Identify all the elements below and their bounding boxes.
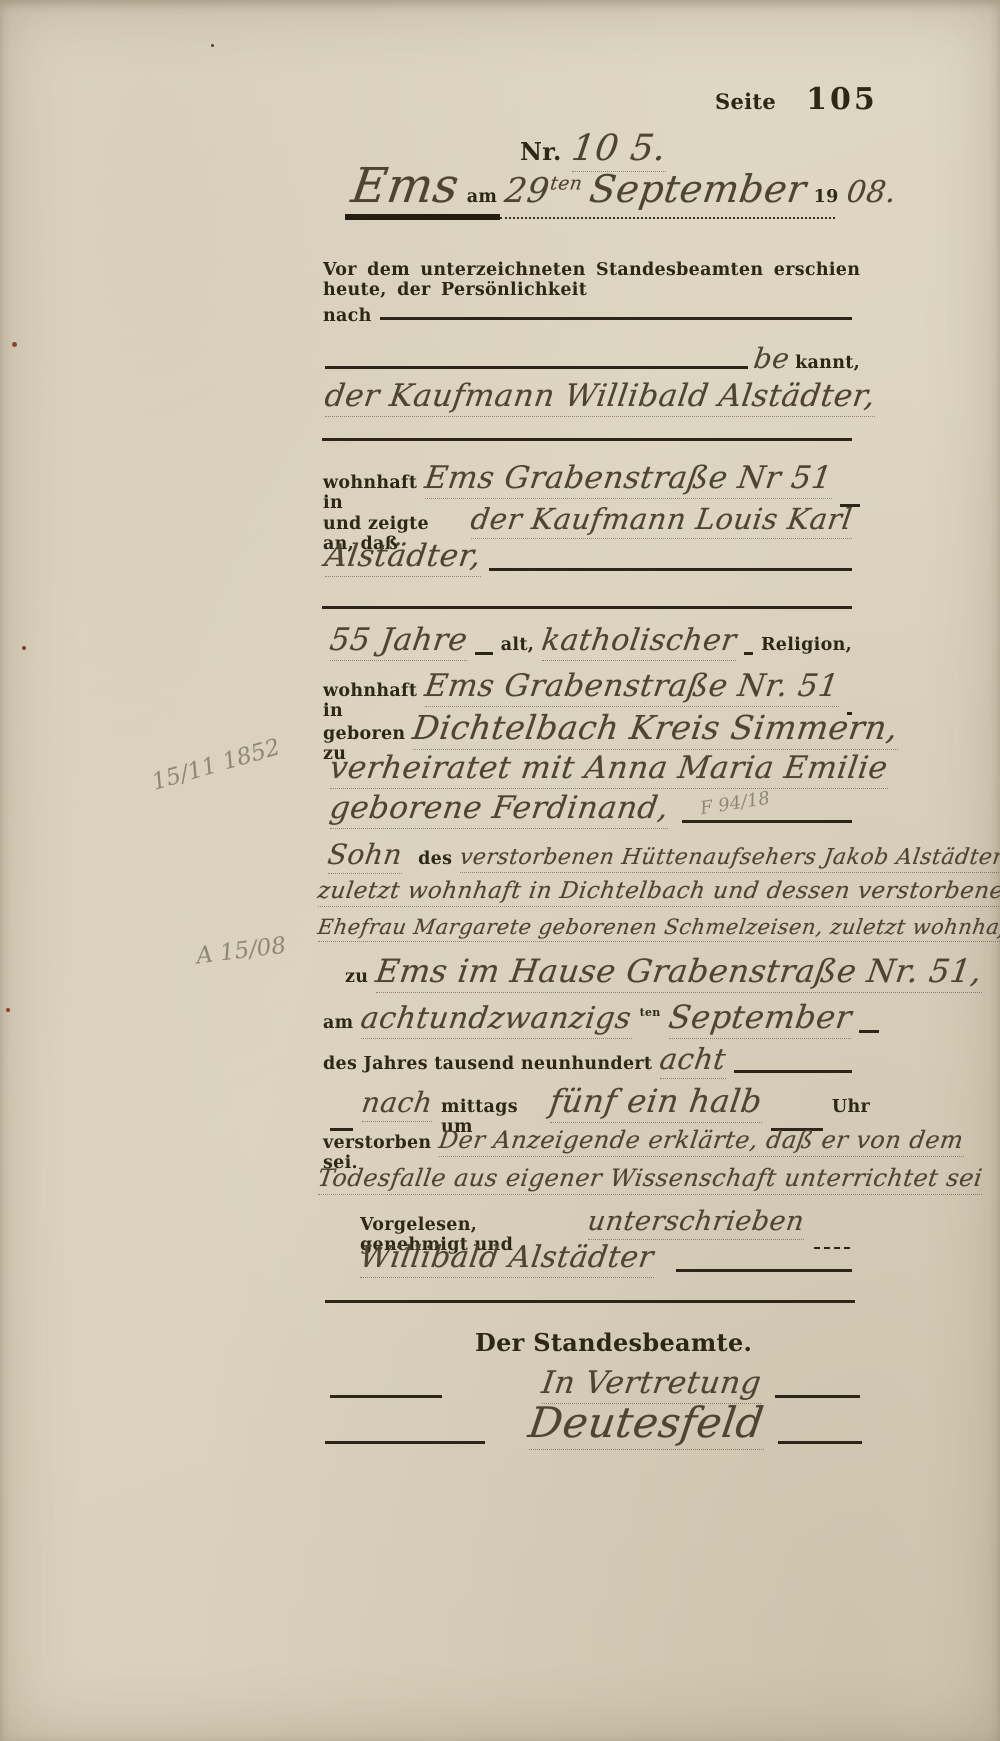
parents-text-3: Ehefrau Margarete geborenen Schmelzeisen…	[318, 915, 1000, 942]
deceased-name-2: Alstädter,	[325, 538, 481, 577]
separator-rule	[322, 438, 852, 441]
declaration-line2: Todesfalle aus eigener Wissenschaft unte…	[318, 1164, 880, 1195]
filled-rule	[682, 820, 852, 823]
paper-speck	[6, 1008, 10, 1012]
birthplace-value: Dichtelbach Kreis Simmern,	[413, 708, 898, 750]
parents-line3: Ehefrau Margarete geborenen Schmelzeisen…	[318, 915, 886, 942]
registrar-signature: Deutesfeld	[529, 1398, 764, 1450]
death-month: September	[669, 998, 852, 1039]
page-number: 105	[806, 82, 878, 117]
nach-line: nach	[323, 306, 852, 326]
parents-line1: Sohn des verstorbenen Hüttenaufsehers Ja…	[328, 838, 876, 874]
bekannt-hand: be	[754, 342, 790, 375]
declaration-1: Der Anzeigende erklärte, daß er von dem	[439, 1126, 963, 1157]
filled-rule	[489, 568, 852, 571]
filled-rule	[778, 1441, 862, 1444]
deceased-name-line2: Alstädter,	[325, 538, 852, 577]
registrar-signature-line: Deutesfeld	[325, 1398, 862, 1450]
declaration-2: Todesfalle aus eigener Wissenschaft unte…	[318, 1164, 982, 1195]
intro-line: Vor dem unterzeichneten Standesbeamten e…	[323, 260, 868, 300]
declarant-name: der Kaufmann Willibald Alstädter,	[325, 378, 875, 417]
death-year-line: des Jahres tausend neunhundert acht	[323, 1042, 852, 1079]
zu-label: zu	[345, 967, 368, 987]
deceased-residence: Ems Grabenstraße Nr. 51	[425, 668, 839, 707]
year-handwritten: 08.	[847, 175, 896, 210]
paper-speck	[22, 646, 26, 650]
unterschrieben-value: unterschrieben	[588, 1206, 804, 1240]
seite-label: Seite	[715, 89, 776, 114]
uhr-label: Uhr	[832, 1097, 870, 1117]
spouse-name-1: verheiratet mit Anna Maria Emilie	[330, 750, 888, 789]
year-printed: 19	[814, 187, 839, 207]
time-prefix: nach	[362, 1086, 432, 1122]
date-underline-thick	[345, 214, 500, 220]
declarant-signature: Willibald Alstädter	[360, 1240, 654, 1278]
parents-text-2: zuletzt wohnhaft in Dichtelbach und dess…	[318, 878, 1000, 907]
parents-line2: zuletzt wohnhaft in Dichtelbach und dess…	[318, 878, 878, 907]
declarant-line: der Kaufmann Willibald Alstädter,	[325, 378, 855, 417]
filled-rule	[325, 366, 748, 369]
death-day-suffix: ten	[640, 1006, 661, 1019]
death-place-value: Ems im Hause Grabenstraße Nr. 51,	[376, 952, 982, 993]
bekannt-print: kannt,	[795, 353, 860, 373]
filled-rule	[475, 652, 492, 655]
deceased-name-1: der Kaufmann Louis Karl	[471, 502, 852, 539]
declarant-residence: Ems Grabenstraße Nr 51	[425, 460, 832, 499]
nach-label: nach	[323, 306, 372, 326]
death-place-line: zu Ems im Hause Grabenstraße Nr. 51,	[345, 952, 852, 993]
spouse-line1: verheiratet mit Anna Maria Emilie	[330, 750, 870, 789]
des-label: des	[418, 849, 452, 869]
death-date-line: am achtundzwanzigs ten September	[323, 998, 852, 1039]
am2-label: am	[323, 1013, 353, 1033]
place-name: Ems	[352, 158, 459, 214]
closing-rule	[325, 1300, 855, 1303]
year-line-label: des Jahres tausend neunhundert	[323, 1054, 652, 1074]
spouse-name-2: geborene Ferdinand,	[330, 790, 668, 829]
declarant-signature-line: Willibald Alstädter	[360, 1240, 852, 1278]
age-religion-line: 55 Jahre alt, katholischer Religion,	[330, 622, 852, 661]
paper-speck	[211, 44, 214, 47]
bekannt-line: be kannt,	[325, 342, 860, 375]
record-date-line: Ems am 29ten September 19 08.	[352, 158, 896, 214]
date-day: 29ten	[505, 171, 581, 211]
date-month: September	[590, 167, 806, 211]
separator-rule	[322, 606, 852, 609]
paper-speck	[12, 342, 17, 347]
filled-rule	[380, 317, 852, 320]
filled-rule	[325, 1441, 485, 1444]
filled-rule	[734, 1070, 852, 1073]
filled-rule	[859, 1030, 879, 1033]
spouse-line2: geborene Ferdinand,	[330, 790, 852, 829]
registrar-label: Der Standesbeamte.	[475, 1328, 752, 1357]
religion-value: katholischer	[542, 623, 736, 661]
age-value: 55 Jahre	[330, 622, 467, 661]
page-header: Seite 105	[715, 82, 878, 117]
alt-label: alt,	[501, 635, 534, 655]
death-time-value: fünf ein halb	[550, 1082, 762, 1123]
sohn-value: Sohn	[328, 838, 402, 874]
am-label: am	[467, 187, 497, 207]
father-name: verstorbenen Hüttenaufsehers Jakob Alstä…	[460, 845, 1000, 873]
filled-rule	[676, 1269, 852, 1272]
date-underline	[500, 217, 835, 219]
religion-label: Religion,	[761, 635, 852, 655]
filled-rule	[744, 652, 752, 655]
death-year-value: acht	[660, 1042, 726, 1079]
death-day: achtundzwanzigs	[361, 1001, 631, 1039]
